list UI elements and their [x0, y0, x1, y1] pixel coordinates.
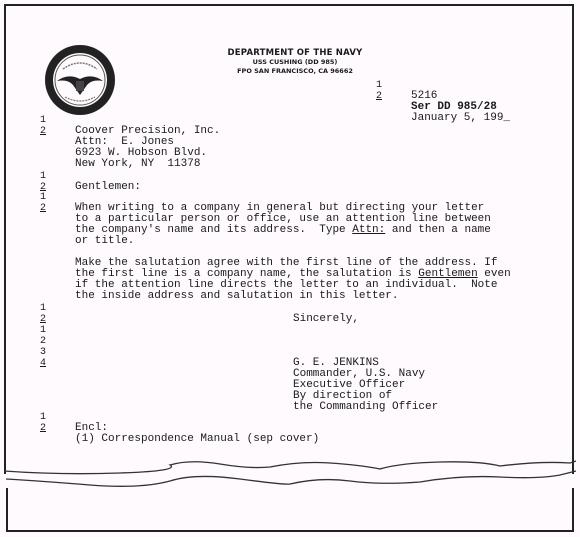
complimentary-close: Sincerely,: [293, 314, 359, 325]
spacing-mark: 1: [40, 171, 46, 182]
unit-name: USS CUSHING (DD 985): [205, 58, 385, 67]
spacing-mark: 1: [40, 303, 46, 314]
body-line: the inside address and salutation in thi…: [75, 291, 398, 302]
enclosure-item: (1) Correspondence Manual (sep cover): [75, 434, 319, 445]
signer-authority: the Commanding Officer: [293, 402, 438, 413]
spacing-mark: 2: [40, 336, 46, 347]
spacing-mark: 2: [376, 91, 382, 102]
body-line: or title.: [75, 236, 134, 247]
body-text: and then a name: [385, 224, 491, 236]
letter-date: January 5, 199_: [411, 113, 510, 124]
spacing-mark: 1: [40, 192, 46, 203]
spacing-mark: 2: [40, 203, 46, 214]
spacing-mark: 2: [40, 126, 46, 137]
address-line: New York, NY 11378: [75, 159, 200, 170]
department-name: DEPARTMENT OF THE NAVY: [205, 48, 385, 58]
department-of-defense-seal-icon: [43, 43, 117, 117]
spacing-mark: 1: [40, 412, 46, 423]
spacing-mark: 2: [40, 423, 46, 434]
spacing-mark: 1: [40, 325, 46, 336]
body-line: the company's name and its address. Type…: [75, 225, 491, 236]
unit-address: FPO SAN FRANCISCO, CA 96662: [205, 67, 385, 76]
spacing-mark: 1: [376, 80, 382, 91]
spacing-mark: 4: [40, 358, 46, 369]
attn-example: Attn:: [352, 224, 385, 236]
salutation: Gentlemen:: [75, 182, 141, 193]
spacing-mark: 2: [40, 314, 46, 325]
spacing-mark: 3: [40, 347, 46, 358]
letterhead: DEPARTMENT OF THE NAVY USS CUSHING (DD 9…: [205, 48, 385, 76]
spacing-mark: 1: [40, 115, 46, 126]
letter-page-lower: [6, 488, 574, 532]
